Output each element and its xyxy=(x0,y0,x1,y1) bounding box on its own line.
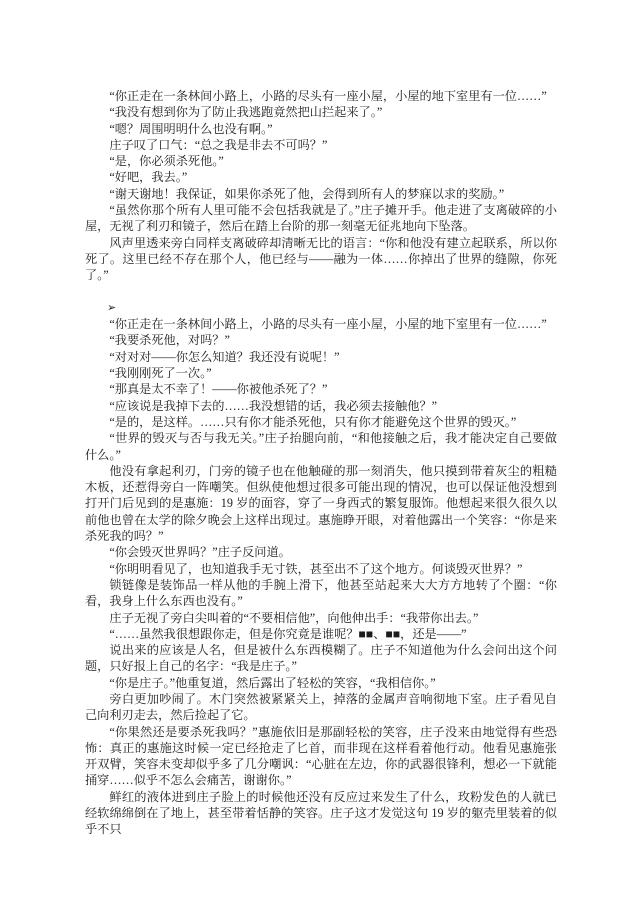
text-block: “你正走在一条林间小路上，小路的尽头有一座小屋，小屋的地下室里有一位……” “我… xyxy=(85,88,557,838)
dialogue-line: “你正走在一条林间小路上，小路的尽头有一座小屋，小屋的地下室里有一位……” xyxy=(85,316,557,332)
narration-paragraph: 庄子叹了口气：“总之我是非去不可吗？” xyxy=(85,137,557,153)
dialogue-line: “好吧，我去。” xyxy=(85,169,557,185)
dialogue-line: “嗯？周围明明什么也没有啊。” xyxy=(85,121,557,137)
narration-paragraph: 风声里透来旁白同样支离破碎却清晰无比的语言：“你和他没有建立起联系，所以你死了。… xyxy=(85,235,557,284)
dialogue-line: “你会毁灭世界吗？”庄子反问道。 xyxy=(85,544,557,560)
arrow-divider-icon: ➢ xyxy=(85,300,557,316)
dialogue-line: “你明明看见了，也知道我手无寸铁，甚至出不了这个地方。何谈毁灭世界？” xyxy=(85,561,557,577)
dialogue-line: “那真是太不幸了！——你被他杀死了？” xyxy=(85,381,557,397)
dialogue-line: “我刚刚死了一次。” xyxy=(85,365,557,381)
dialogue-line: “你是庄子。”他重复道，然后露出了轻松的笑容，“我相信你。” xyxy=(85,675,557,691)
narration-paragraph: “虽然你那个所有人里可能不会包括我就是了。”庄子摊开手。他走进了支离破碎的小屋，… xyxy=(85,202,557,235)
narration-paragraph: 他没有拿起利刃，门旁的镜子也在他触碰的那一刻消失，他只摸到带着灰尘的粗糙木板，还… xyxy=(85,463,557,544)
document-page: “你正走在一条林间小路上，小路的尽头有一座小屋，小屋的地下室里有一位……” “我… xyxy=(0,0,640,905)
dialogue-line: “我要杀死他，对吗？” xyxy=(85,332,557,348)
narration-paragraph: 庄子无视了旁白尖叫着的“不要相信他”，向他伸出手：“我带你出去。” xyxy=(85,610,557,626)
dialogue-line: “对对对——你怎么知道？我还没有说呢！” xyxy=(85,349,557,365)
narration-paragraph: 旁白更加吵闹了。木门突然被紧紧关上，掉落的金属声音响彻地下室。庄子看见自己向利刃… xyxy=(85,691,557,724)
dialogue-line: “……虽然我很想跟你走，但是你究竟是谁呢？■■、■■，还是——” xyxy=(85,626,557,642)
dialogue-line: “应该说是我掉下去的……我没想错的话，我必须去接触他？” xyxy=(85,398,557,414)
dialogue-line: “是，你必须杀死他。” xyxy=(85,153,557,169)
dialogue-line: “我没有想到你为了防止我逃跑竟然把山拦起来了。” xyxy=(85,104,557,120)
dialogue-line: “是的，是这样。……只有你才能杀死他，只有你才能避免这个世界的毁灭。” xyxy=(85,414,557,430)
dialogue-line: “你正走在一条林间小路上，小路的尽头有一座小屋，小屋的地下室里有一位……” xyxy=(85,88,557,104)
narration-paragraph: 鲜红的液体进到庄子脸上的时候他还没有反应过来发生了什么，玫粉发色的人就已经软绵绵… xyxy=(85,789,557,838)
narration-paragraph: 说出来的应该是人名，但是被什么东西模糊了。庄子不知道他为什么会问出这个问题，只好… xyxy=(85,642,557,675)
narration-paragraph: 锁链像是装饰品一样从他的手腕上滑下，他甚至站起来大大方方地转了个圈：“你看，我身… xyxy=(85,577,557,610)
dialogue-line: “谢天谢地！我保证，如果你杀死了他，会得到所有人的梦寐以求的奖励。” xyxy=(85,186,557,202)
narration-paragraph: “世界的毁灭与否与我无关。”庄子抬腿向前，“和他接触之后，我才能决定自己要做什么… xyxy=(85,430,557,463)
narration-paragraph: “你果然还是要杀死我吗？”惠施依旧是那副轻松的笑容，庄子没来由地觉得有些恐怖：真… xyxy=(85,724,557,789)
